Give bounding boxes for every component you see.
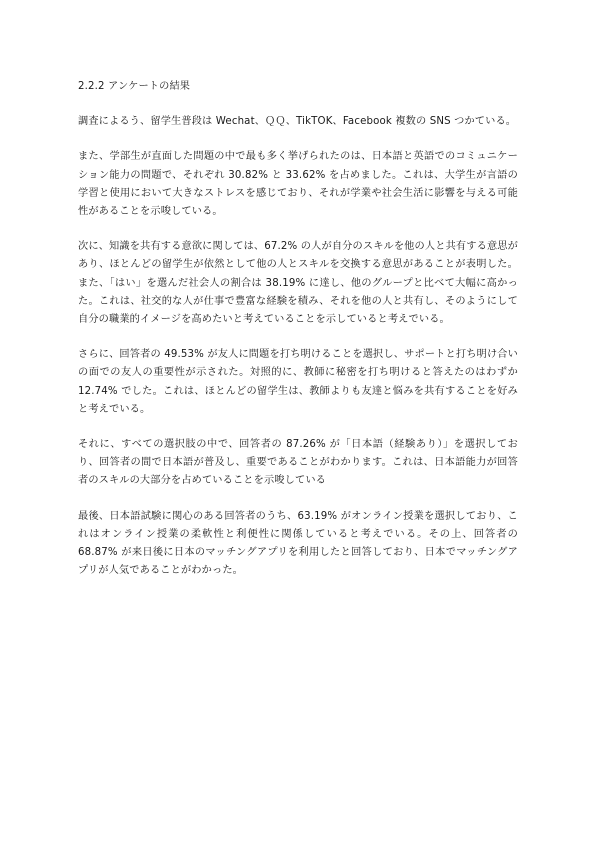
paragraph-knowledge-sharing: 次に、知識を共有する意欲に関しては、67.2% の人が自分のスキルを他の人と共有… <box>78 238 518 329</box>
document-page: 2.2.2 アンケートの結果 調査によるう、留学生普段は Wechat、ＱＱ、T… <box>78 78 518 597</box>
section-heading: 2.2.2 アンケートの結果 <box>78 78 518 96</box>
paragraph-online-classes: 最後、日本語試験に関心のある回答者のうち、63.19% がオンライン授業を選択し… <box>78 508 518 581</box>
paragraph-confiding-friends: さらに、回答者の 49.53% が友人に問題を打ち明けることを選択し、サポートと… <box>78 346 518 419</box>
paragraph-sns-usage: 調査によるう、留学生普段は Wechat、ＱＱ、TikTOK、Facebook … <box>78 113 518 131</box>
paragraph-japanese-skill: それに、すべての選択肢の中で、回答者の 87.26% が「日本語（経験あり）」を… <box>78 436 518 491</box>
paragraph-communication-problems: また、学部生が直面した問題の中で最も多く挙げられたのは、日本語と英語でのコミュニ… <box>78 148 518 221</box>
